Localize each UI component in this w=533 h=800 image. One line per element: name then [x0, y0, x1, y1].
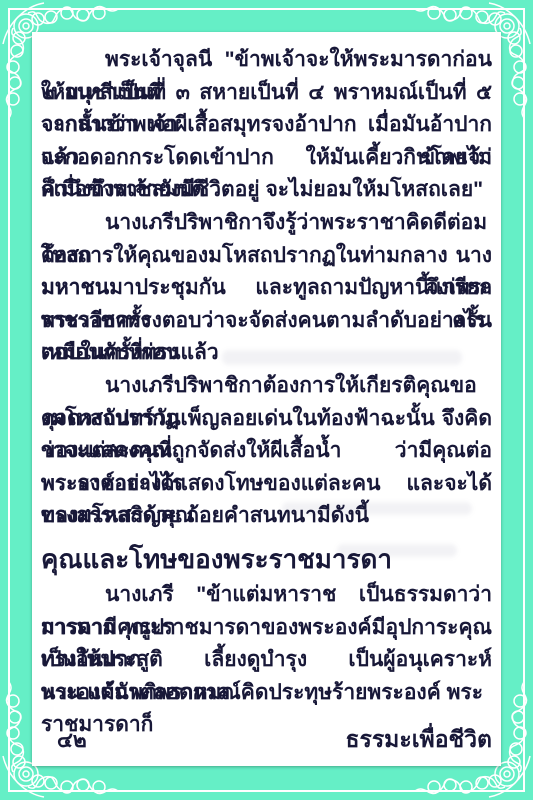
- text-line: จะกล่าวว่า พ่อผีเสื้อสมุทรจงอ้าปาก เมื่อ…: [41, 109, 492, 142]
- text-line: ตอบในครั้งก่อนแล้ว: [41, 337, 492, 370]
- text-line: ของแต่ละคนที่ถูกจัดส่งให้ผีเสื้อน้ำ ว่าม…: [41, 435, 492, 468]
- text-line: จะกอดอกกระโดดเข้าปาก ให้มันเคี้ยวกินโดยไ…: [41, 142, 492, 175]
- text-line: ต้องการให้คุณของมโหสถปรากฏในท่ามกลางมหาช…: [41, 240, 492, 273]
- text-line: ทรงให้ประสูติ เลี้ยงดูบำรุง เป็นผู้อนุเค…: [41, 644, 492, 677]
- text-line: นางเภรีปริพาชิกาต้องการให้เกียรติคุณของม…: [41, 370, 492, 403]
- text-line: ๒ อนุชาเป็นที่ ๓ สหายเป็นที่ ๔ พราหมณ์เป…: [41, 77, 492, 110]
- paragraph: พระเจ้าจุลนี "ข้าพเจ้าจะให้พระมารดาก่อน …: [41, 44, 492, 207]
- text-line: นาน แม้ฉัพภิพราหมณ์คิดประทุษร้ายพระองค์ …: [41, 677, 492, 710]
- text-column: พระเจ้าจุลนี "ข้าพเจ้าจะให้พระมารดาก่อน …: [41, 44, 492, 709]
- page-paper: พระเจ้าจุลนี "ข้าพเจ้าจะให้พระมารดาก่อน …: [32, 32, 501, 766]
- page-number: ๔๒: [57, 724, 87, 757]
- text-line: นางเภรี "ข้าแต่มหาราช เป็นธรรมดาว่า มารด…: [41, 579, 492, 612]
- text-line: มหาชนมาประชุมกัน และทูลถามปัญหานี้แก่พระ…: [41, 272, 492, 305]
- section-heading: คุณและโทษของพระราชมารดา: [41, 539, 492, 579]
- text-line: พระเจ้าจุลนี "ข้าพเจ้าจะให้พระมารดาก่อน …: [41, 44, 492, 77]
- paragraph: นางเภรีปริพาชิกาจึงรู้ว่าพระราชาคิดดีต่อ…: [41, 207, 492, 370]
- text-line: ดุจดวงจันทร์วันเพ็ญลอยเด่นในท้องฟ้าฉะนั้…: [41, 403, 492, 436]
- book-title: ธรรมะเพื่อชีวิต: [345, 722, 492, 758]
- text-line: ก็เมื่อข้าพเจ้ายังมีชีวิตอยู่ จะไม่ยอมให…: [41, 174, 492, 207]
- text-line: พระราชาจะได้แสดงโทษของแต่ละคน และจะได้ทร…: [41, 468, 492, 501]
- text-line: ของมโหสถด้วย ถ้อยคำสนทนามีดังนี้: [41, 500, 492, 533]
- book-page: พระเจ้าจุลนี "ข้าพเจ้าจะให้พระมารดาก่อน …: [0, 0, 533, 800]
- paragraph: นางเภรีปริพาชิกาต้องการให้เกียรติคุณของม…: [41, 370, 492, 533]
- text-line: นางเภรีปริพาชิกาจึงรู้ว่าพระราชาคิดดีต่อ…: [41, 207, 492, 240]
- text-line: พระราชาทรงตอบว่าจะจัดส่งคนตามลำดับอย่างไ…: [41, 305, 492, 338]
- page-footer: ๔๒ ธรรมะเพื่อชีวิต: [41, 722, 492, 758]
- text-line: การมาก พระราชมารดาของพระองค์มีอุปการะคุณ…: [41, 612, 492, 645]
- paragraph: นางเภรี "ข้าแต่มหาราช เป็นธรรมดาว่า มารด…: [41, 579, 492, 709]
